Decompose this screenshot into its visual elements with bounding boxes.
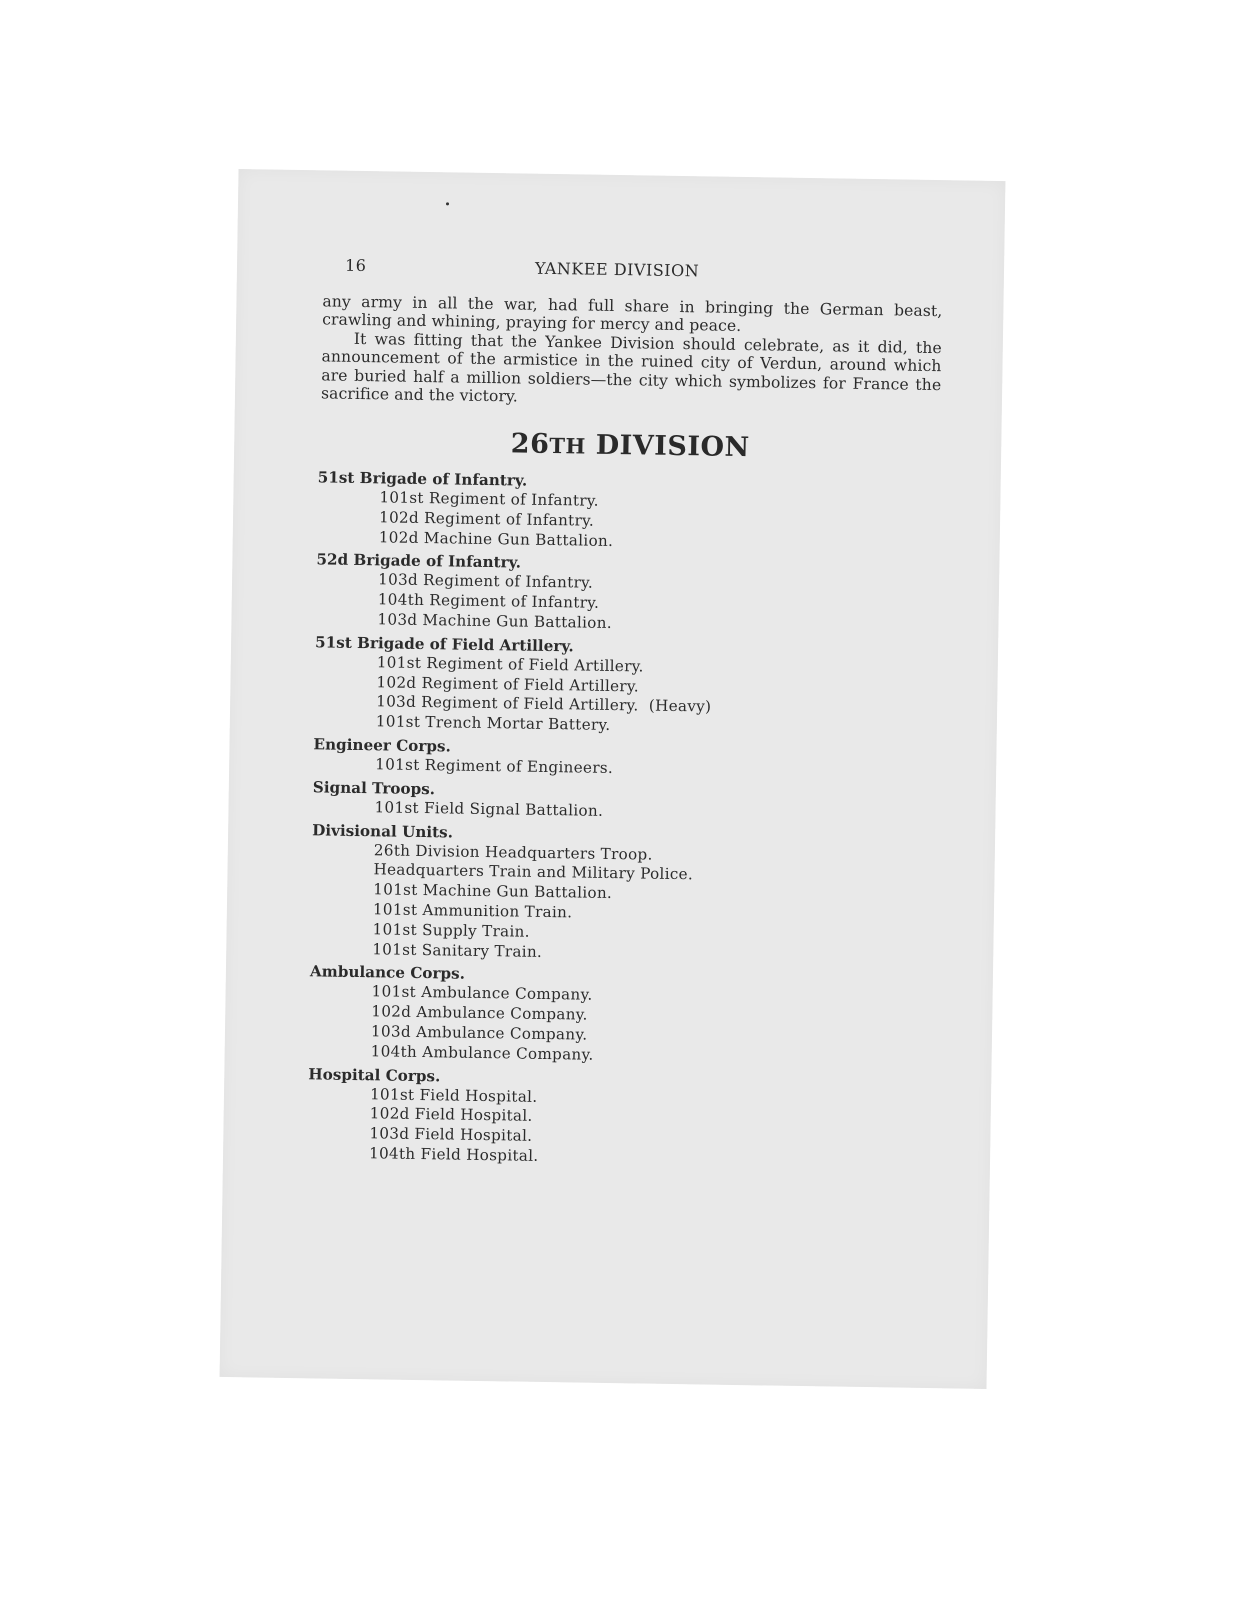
page-number: 16 <box>345 256 367 275</box>
running-head-title: YANKEE DIVISION <box>535 259 699 281</box>
running-head: 16 YANKEE DIVISION <box>345 256 945 289</box>
division-word: DIVISION <box>586 430 750 464</box>
division-suffix: TH <box>549 433 586 459</box>
scanned-page: 16 YANKEE DIVISION any army in all the w… <box>220 169 1006 1389</box>
division-number: 26 <box>511 428 550 460</box>
division-heading: 26TH DIVISION <box>320 425 940 466</box>
body-text: any army in all the war, had full share … <box>321 292 943 412</box>
unit-list: 51st Brigade of Infantry.101st Regiment … <box>307 468 958 1173</box>
ink-speck <box>446 202 449 205</box>
paragraph: It was fitting that the Yankee Division … <box>321 329 942 412</box>
